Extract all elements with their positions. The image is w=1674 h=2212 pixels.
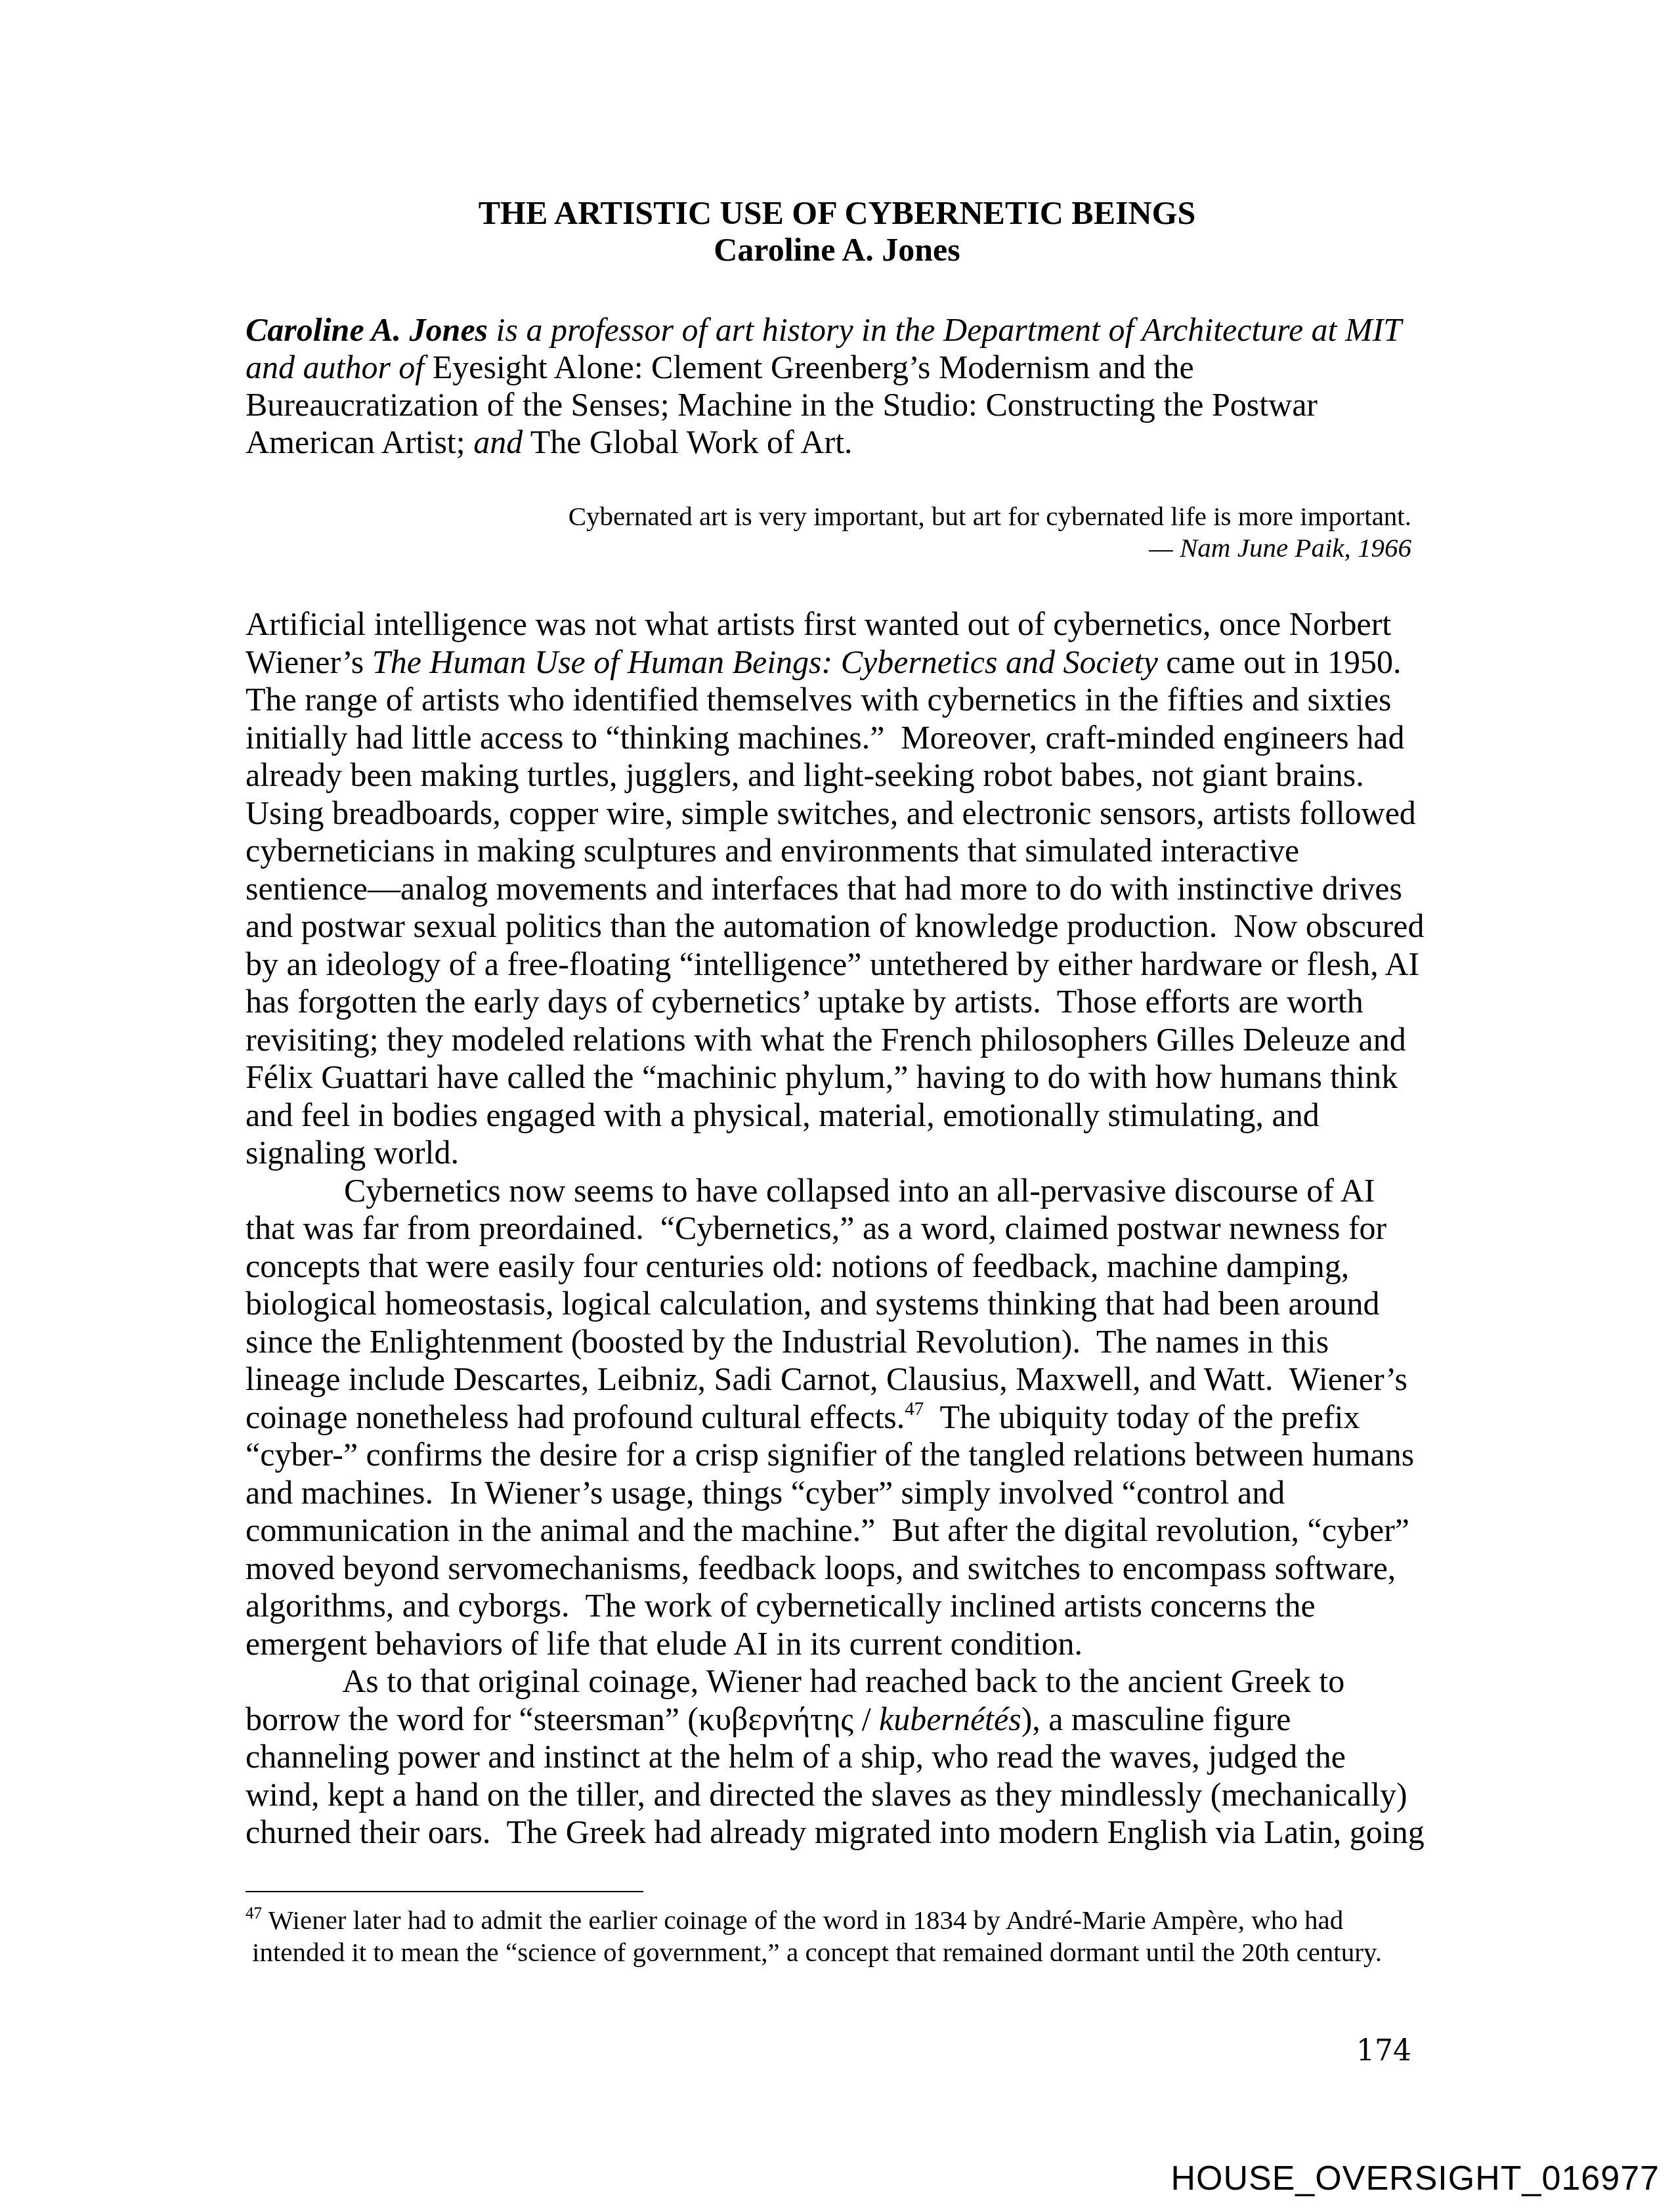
body-line: As to that original coinage, Wiener had … <box>246 1662 1344 1700</box>
body-line: initially had little access to “thinking… <box>246 719 1404 756</box>
body-line: algorithms, and cyborgs. The work of cyb… <box>246 1587 1316 1624</box>
body-line: Artificial intelligence was not what art… <box>246 605 1391 643</box>
body-line: coinage nonetheless had profound cultura… <box>246 1399 1360 1436</box>
article-author: Caroline A. Jones <box>0 231 1674 268</box>
body-line: lineage include Descartes, Leibniz, Sadi… <box>246 1360 1407 1398</box>
epigraph-attribution: — Nam June Paik, 1966 <box>1149 532 1411 563</box>
document-page: THE ARTISTIC USE OF CYBERNETIC BEINGS Ca… <box>0 0 1674 2212</box>
footnote-line: intended it to mean the “science of gove… <box>252 1936 1382 1968</box>
body-line: by an ideology of a free-floating “intel… <box>246 945 1419 983</box>
body-line: and machines. In Wiener’s usage, things … <box>246 1474 1285 1511</box>
body-line: and feel in bodies engaged with a physic… <box>246 1096 1320 1134</box>
epigraph-quote: Cybernated art is very important, but ar… <box>569 500 1411 532</box>
article-title: THE ARTISTIC USE OF CYBERNETIC BEINGS <box>0 194 1674 231</box>
body-line: wind, kept a hand on the tiller, and dir… <box>246 1776 1407 1813</box>
body-line: cyberneticians in making sculptures and … <box>246 832 1299 869</box>
body-line: has forgotten the early days of cybernet… <box>246 983 1363 1020</box>
body-line: since the Enlightenment (boosted by the … <box>246 1323 1329 1360</box>
body-line: channeling power and instinct at the hel… <box>246 1738 1346 1775</box>
body-line: signaling world. <box>246 1134 459 1171</box>
body-line: emergent behaviors of life that elude AI… <box>246 1625 1083 1662</box>
footnote-separator <box>246 1891 643 1892</box>
body-line: “cyber-” confirms the desire for a crisp… <box>246 1436 1414 1473</box>
body-line: borrow the word for “steersman” (κυβερνή… <box>246 1701 1291 1738</box>
body-line: Wiener’s The Human Use of Human Beings: … <box>246 643 1402 681</box>
body-line: and postwar sexual politics than the aut… <box>246 907 1424 945</box>
body-line: sentience—analog movements and interface… <box>246 870 1402 907</box>
footnote-ref: 47 <box>905 1399 924 1420</box>
body-line: Félix Guattari have called the “machinic… <box>246 1058 1398 1096</box>
body-line: biological homeostasis, logical calculat… <box>246 1285 1379 1322</box>
body-line: Using breadboards, copper wire, simple s… <box>246 794 1416 832</box>
body-line: that was far from preordained. “Cybernet… <box>246 1209 1386 1247</box>
bates-number: HOUSE_OVERSIGHT_016977 <box>1170 2159 1660 2198</box>
bio-line: Caroline A. Jones is a professor of art … <box>246 311 1402 349</box>
body-line: The range of artists who identified them… <box>246 681 1391 718</box>
footnote-line: 47 Wiener later had to admit the earlier… <box>246 1904 1343 1936</box>
bio-line: Bureaucratization of the Senses; Machine… <box>246 386 1318 423</box>
body-line: already been making turtles, jugglers, a… <box>246 756 1364 794</box>
footnote-number: 47 <box>246 1905 262 1922</box>
bio-line: and author of Eyesight Alone: Clement Gr… <box>246 349 1194 386</box>
page-number: 174 <box>1356 2034 1411 2068</box>
body-line: concepts that were easily four centuries… <box>246 1247 1349 1285</box>
body-line: churned their oars. The Greek had alread… <box>246 1813 1425 1851</box>
body-line: Cybernetics now seems to have collapsed … <box>246 1172 1375 1209</box>
body-line: revisiting; they modeled relations with … <box>246 1021 1406 1058</box>
body-line: communication in the animal and the mach… <box>246 1511 1409 1549</box>
bio-line: American Artist; and The Global Work of … <box>246 423 853 461</box>
body-line: moved beyond servomechanisms, feedback l… <box>246 1550 1396 1587</box>
